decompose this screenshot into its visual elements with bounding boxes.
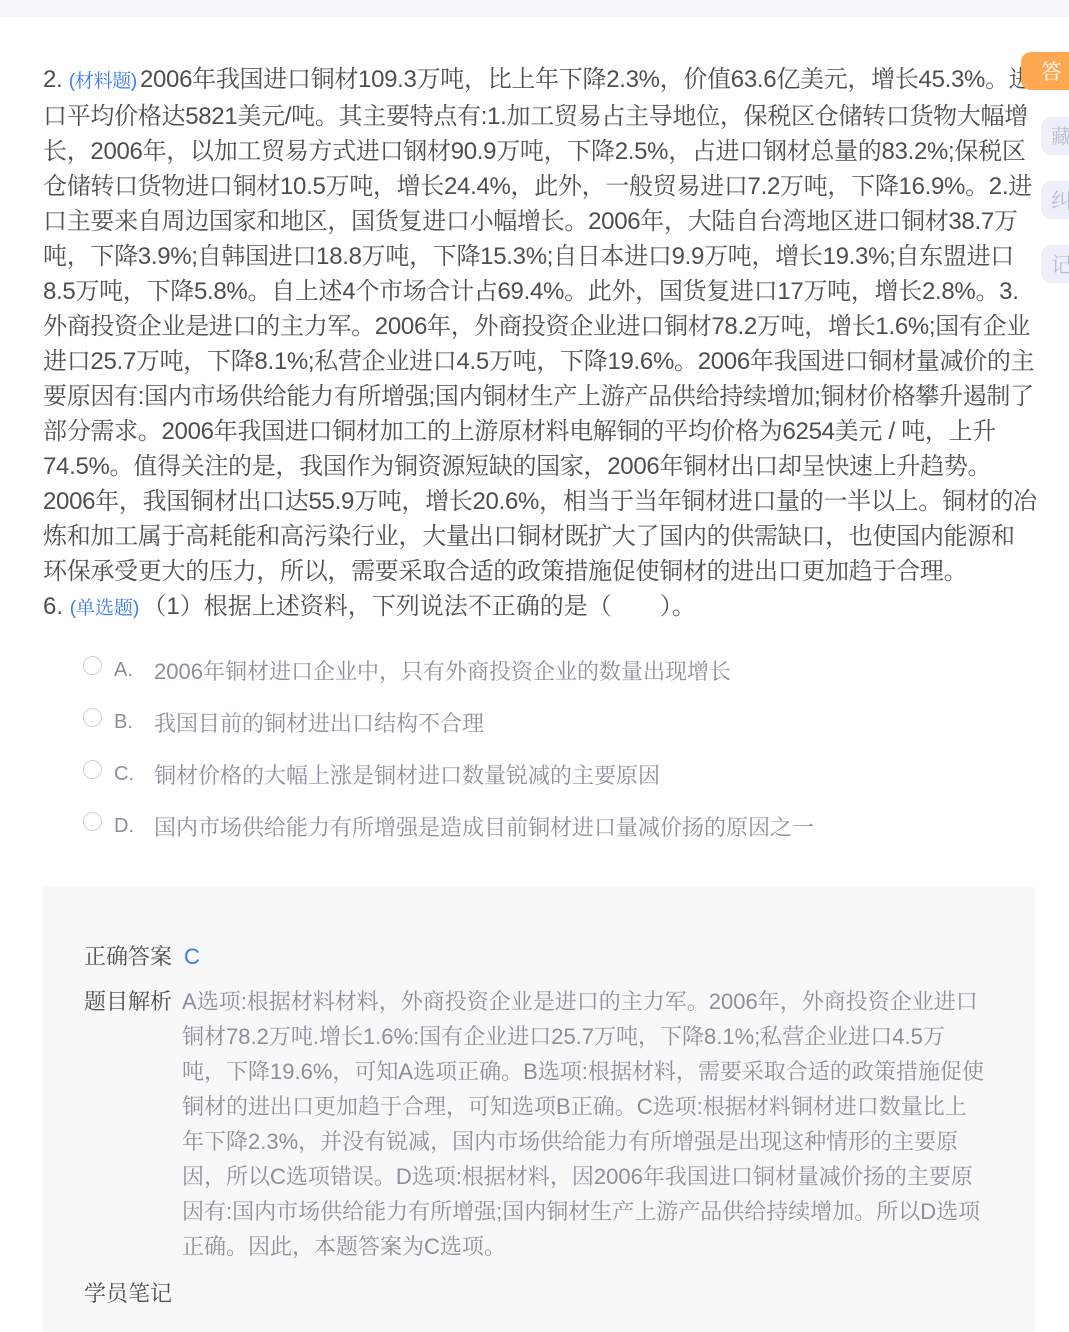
material-type-tag: (材料题) <box>69 71 137 92</box>
option-text: 2006年铜材进口企业中，只有外商投资企业的数量出现增长 <box>154 655 731 686</box>
material-number: 2. <box>43 66 62 93</box>
question-stem: 6. (单选题)（1）根据上述资料，下列说法不正确的是（ ）。 <box>43 589 1038 626</box>
question-type-tag: (单选题) <box>70 598 140 619</box>
material-text: 2006年我国进口铜材109.3万吨，比上年下降2.3%，价值63.6亿美元，增… <box>43 66 1037 585</box>
option-list: A. 2006年铜材进口企业中，只有外商投资企业的数量出现增长 B. 我国目前的… <box>43 644 1038 852</box>
option-d[interactable]: D. 国内市场供给能力有所增强是造成目前铜材进口量减价扬的原因之一 <box>83 800 1038 852</box>
collect-tab[interactable]: 藏 <box>1041 117 1069 155</box>
option-a[interactable]: A. 2006年铜材进口企业中，只有外商投资企业的数量出现增长 <box>83 644 1038 696</box>
option-text: 我国目前的铜材进出口结构不合理 <box>154 707 484 738</box>
option-letter: A. <box>114 659 154 682</box>
option-text: 国内市场供给能力有所增强是造成目前铜材进口量减价扬的原因之一 <box>154 811 814 842</box>
note-tab[interactable]: 记 <box>1041 245 1069 283</box>
correct-answer-label: 正确答案 <box>84 940 172 971</box>
student-notes-label: 学员笔记 <box>84 1277 172 1308</box>
option-c[interactable]: C. 铜材价格的大幅上涨是铜材进口数量锐减的主要原因 <box>83 748 1038 800</box>
option-text: 铜材价格的大幅上涨是铜材进口数量锐减的主要原因 <box>154 759 660 790</box>
error-report-tab[interactable]: 纠 <box>1041 181 1069 219</box>
question-content: 2. (材料题)2006年我国进口铜材109.3万吨，比上年下降2.3%，价值6… <box>43 62 1038 852</box>
correct-answer-value: C <box>184 944 200 970</box>
analysis-row: 题目解析 A选项:根据材料材料，外商投资企业是进口的主力军。2006年，外商投资… <box>84 985 987 1264</box>
analysis-label: 题目解析 <box>84 985 172 1264</box>
answer-sheet-tab[interactable]: 答 <box>1021 52 1069 90</box>
radio-icon[interactable] <box>83 708 102 727</box>
analysis-text: A选项:根据材料材料，外商投资企业是进口的主力军。2006年，外商投资企业进口铜… <box>182 984 987 1264</box>
option-b[interactable]: B. 我国目前的铜材进出口结构不合理 <box>83 696 1038 748</box>
option-letter: D. <box>114 815 154 838</box>
option-letter: C. <box>114 763 154 786</box>
option-letter: B. <box>114 711 154 734</box>
top-bar <box>0 0 1069 17</box>
correct-answer-row: 正确答案 C <box>84 940 200 971</box>
radio-icon[interactable] <box>83 812 102 831</box>
material-passage: 2. (材料题)2006年我国进口铜材109.3万吨，比上年下降2.3%，价值6… <box>43 62 1038 589</box>
radio-icon[interactable] <box>83 656 102 675</box>
question-text: （1）根据上述资料，下列说法不正确的是（ ）。 <box>142 593 695 620</box>
answer-panel: 正确答案 C 题目解析 A选项:根据材料材料，外商投资企业是进口的主力军。200… <box>43 886 1035 1332</box>
question-number: 6. <box>43 593 63 620</box>
radio-icon[interactable] <box>83 760 102 779</box>
